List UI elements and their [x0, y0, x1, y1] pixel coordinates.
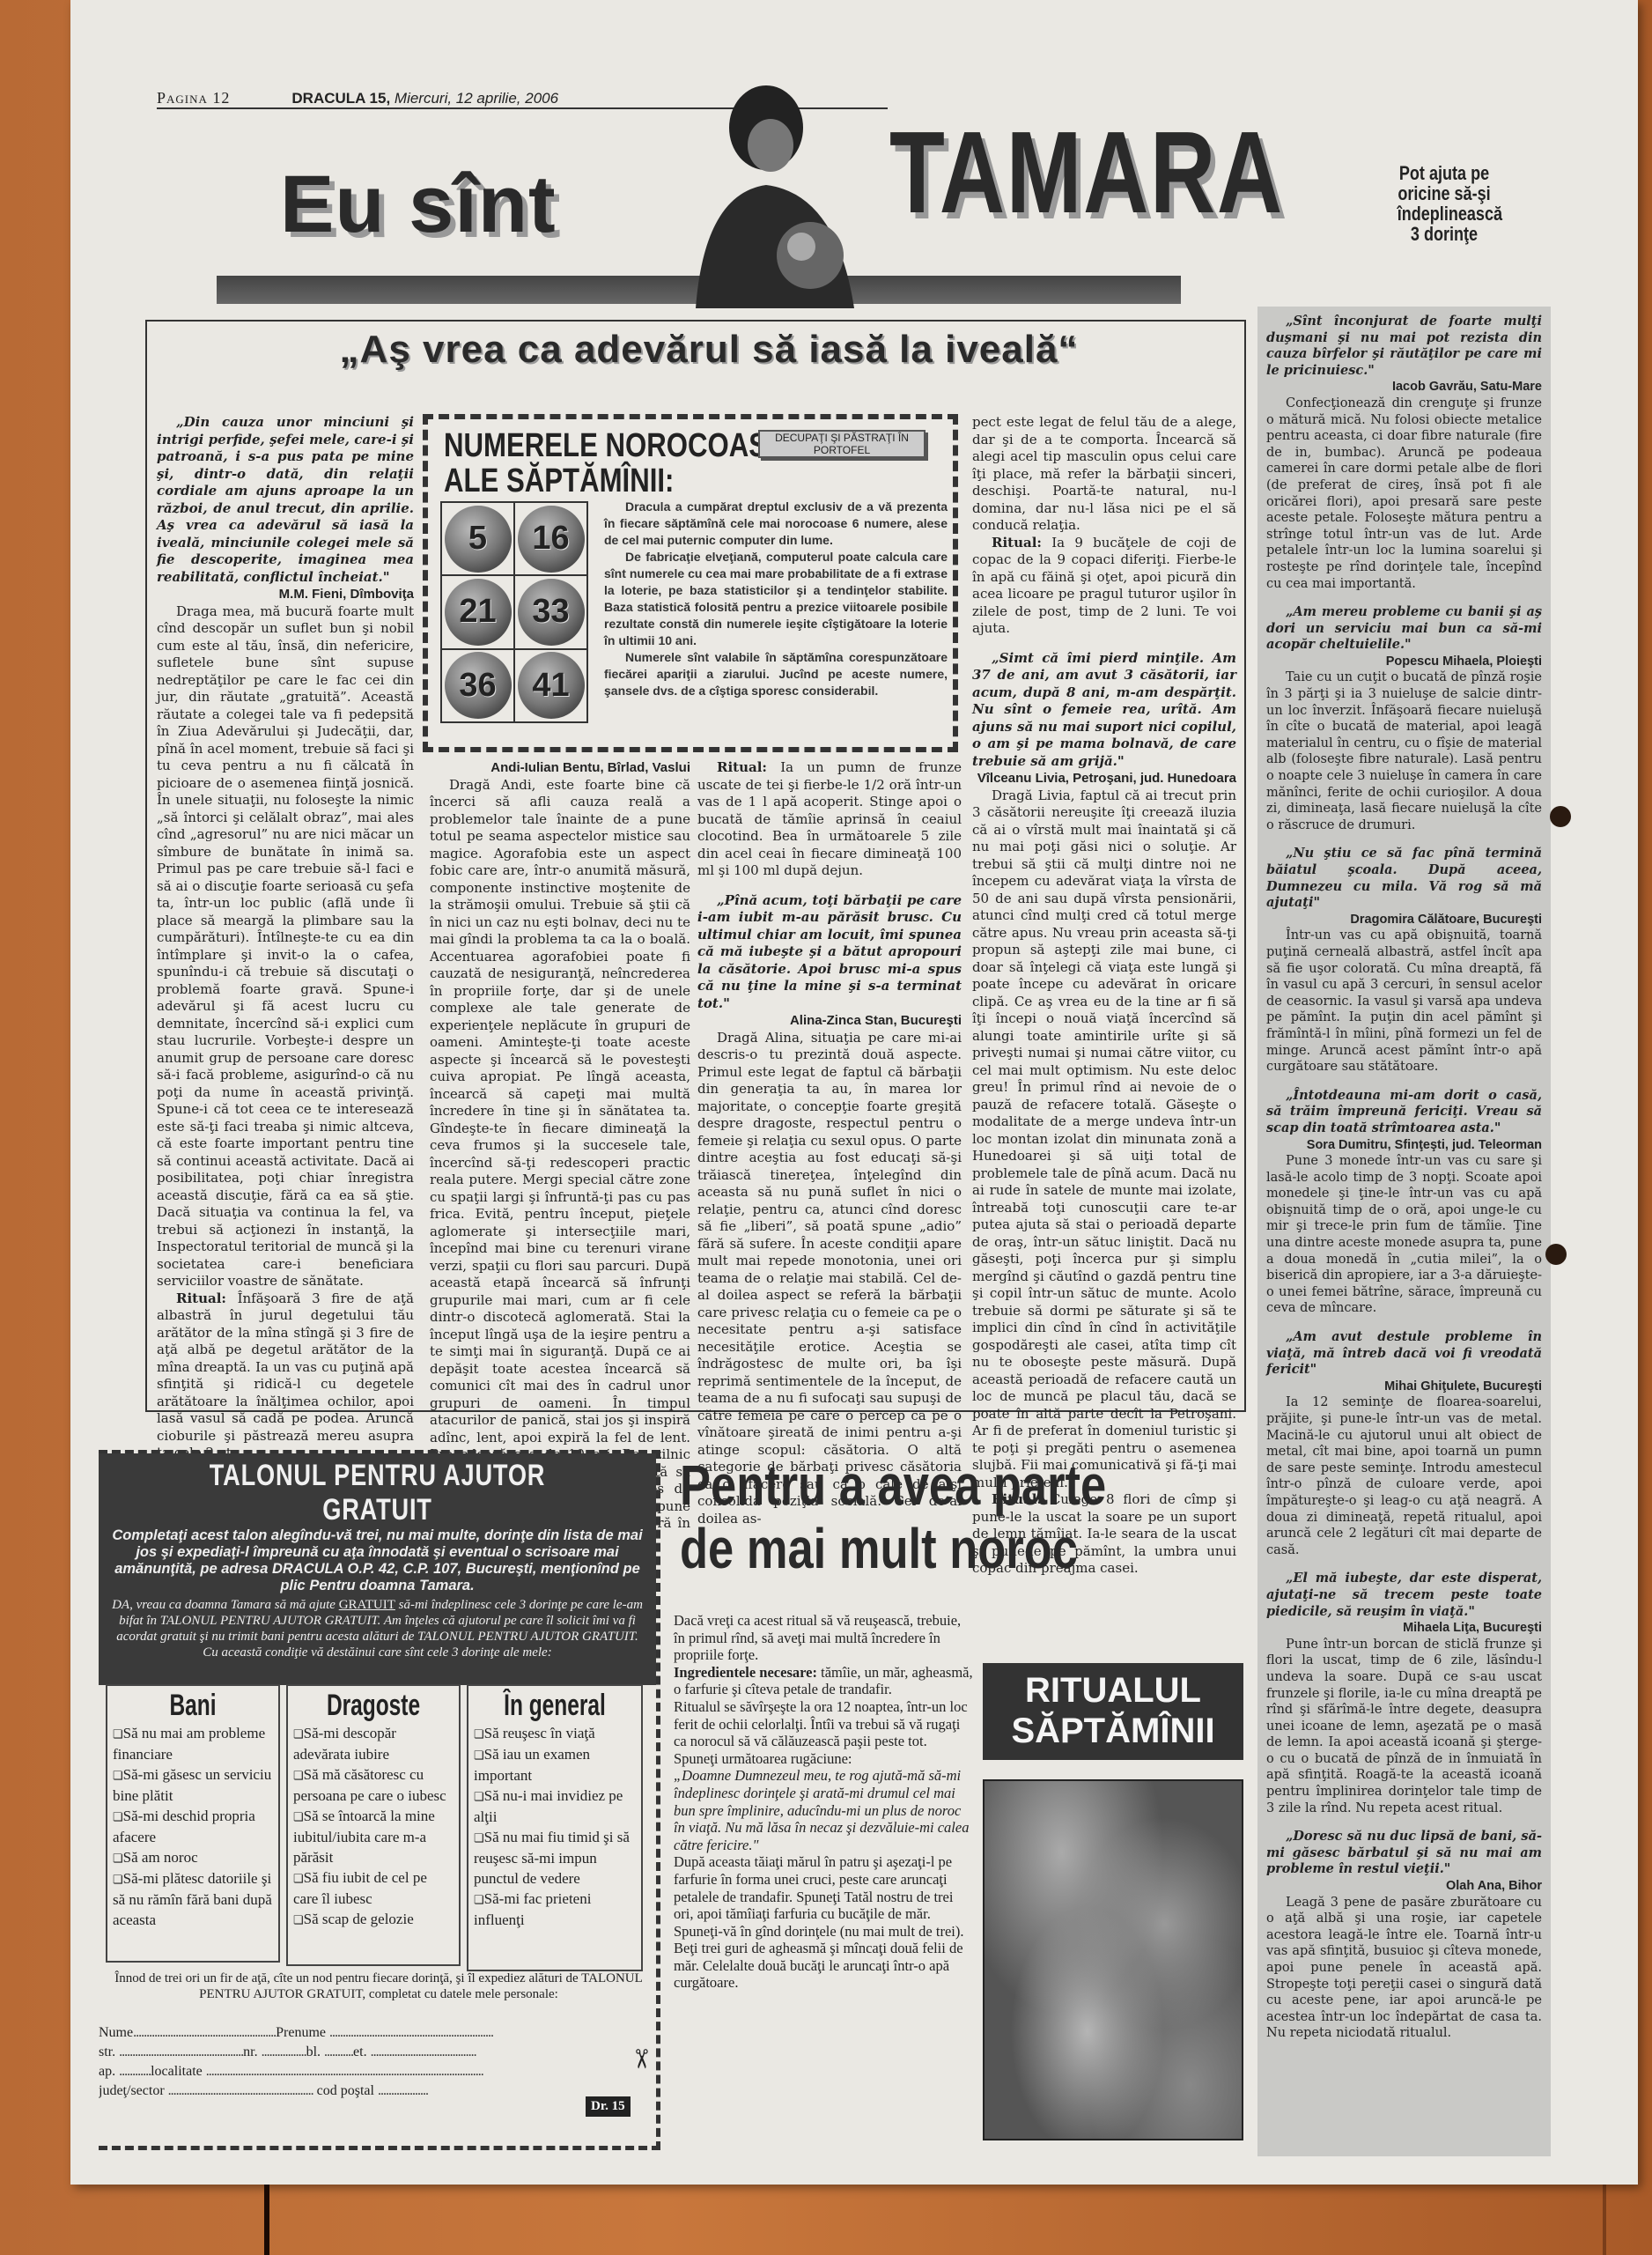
reader-signature: Alina-Zinca Stan, Bucureşti	[697, 1012, 962, 1030]
reader-signature: Iacob Gavrău, Satu-Mare	[1266, 379, 1542, 396]
locality-field[interactable]: ........................................…	[206, 2064, 483, 2079]
cut-and-keep-tag: DECUPAŢI ŞI PĂSTRAŢI ÎN PORTOFEL	[758, 430, 926, 458]
lottery-ball: 5	[445, 506, 512, 573]
wish-checkbox[interactable]: Să nu-i mai invidiez pe alţii	[474, 1786, 636, 1827]
rose-petals-photo	[983, 1779, 1243, 2140]
reader-signature: Sora Dumitru, Sfinţeşti, jud. Teleorman	[1266, 1137, 1542, 1154]
street-field[interactable]: ........................................…	[119, 2044, 243, 2059]
masthead-title-left: Eu sînt	[280, 159, 557, 251]
lottery-ball: 36	[445, 652, 512, 719]
wish-category-money: Bani Să nu mai am probleme financiare Să…	[106, 1684, 280, 1963]
reader-quote: „El mă iubeşte, dar este disperat, ajuta…	[1266, 1571, 1542, 1620]
wish-checkbox[interactable]: Să nu mai fiu timid şi să reuşesc să-mi …	[474, 1827, 636, 1889]
ritual-text: Înfăşoară 3 fire de aţă albastră în juru…	[157, 1290, 414, 1461]
ritual-text: Ia 12 seminţe de floarea-soarelui, prăji…	[1266, 1394, 1542, 1558]
reader-signature: Mihai Ghiţulete, Bucureşti	[1266, 1379, 1542, 1395]
ritual-text: Taie cu un cuţit o bucată de pînză roşie…	[1266, 669, 1542, 833]
punch-hole	[1550, 806, 1571, 827]
reader-signature: Vîlceanu Livia, Petroşani, jud. Hunedoar…	[972, 770, 1236, 787]
reader-signature: Olah Ana, Bihor	[1266, 1878, 1542, 1895]
article-column-2: Andi-Iulian Bentu, Bîrlad, Vaslui Dragă …	[430, 759, 690, 1549]
issue-info: DRACULA 15, Miercuri, 12 aprilie, 2006	[291, 90, 558, 107]
scissors-icon: ✂	[625, 2048, 656, 2070]
tamara-portrait-image	[660, 79, 889, 308]
article-column-1: „Din cauza unor minciuni şi intrigi perf…	[157, 414, 414, 1612]
wish-checkbox[interactable]: Să iau un examen important	[474, 1744, 636, 1786]
masthead-tagline: Pot ajuta pe oricine să-şi îndeplinească…	[1398, 163, 1492, 244]
lottery-ball: 16	[518, 506, 585, 573]
punch-hole	[1545, 1244, 1567, 1265]
main-headline: „Aş vrea ca adevărul să iasă la iveală“	[167, 328, 1250, 372]
table-gap	[264, 2185, 269, 2255]
wish-checkbox[interactable]: Să scap de gelozie	[293, 1909, 454, 1930]
lottery-ball: 33	[518, 579, 585, 646]
answer-text: pect este legat de felul tău de a alege,…	[972, 414, 1236, 535]
reader-quote: „Întotdeauna mi-am dorit o casă, să trăi…	[1266, 1088, 1542, 1137]
wish-checkbox[interactable]: Să-mi descopăr adevărata iubire	[293, 1723, 454, 1764]
page-number: Pagina 12	[157, 89, 230, 107]
coupon-knot-text: Înnod de trei ori un fir de aţă, cîte un…	[114, 1970, 643, 2002]
reader-quote: „Sînt înconjurat de foarte mulţi duşmani…	[1266, 314, 1542, 379]
reader-quote: „Nu ştiu ce să fac pînă termină băiatul …	[1266, 846, 1542, 911]
coupon-personal-data-form: Nume....................................…	[99, 2023, 636, 2101]
ritual-text: Pune 3 monede într-un vas cu sare şi las…	[1266, 1153, 1542, 1317]
wish-checkbox[interactable]: Să mă căsătoresc cu persoana pe care o i…	[293, 1764, 454, 1806]
masthead-title-right: TAMARA	[889, 106, 1284, 239]
floor-field[interactable]: ........................................	[371, 2044, 476, 2059]
coupon-consent: DA, vreau ca doamna Tamara să mă ajute G…	[99, 1597, 656, 1660]
wish-category-general: În general Să reuşesc în viaţă Să iau un…	[467, 1684, 643, 1971]
reader-quote: „Am mereu probleme cu banii şi aş dori u…	[1266, 604, 1542, 654]
reader-quote: „Doresc să nu duc lipsă de bani, să-mi g…	[1266, 1829, 1542, 1878]
reader-signature: Andi-Iulian Bentu, Bîrlad, Vaslui	[430, 759, 690, 777]
article-column-3: Ritual: Ia un pumn de frunze uscate de t…	[697, 759, 962, 1527]
reader-quote: „Pînă acum, toţi bărbaţii pe care i-am i…	[697, 892, 962, 1013]
publication-name: DRACULA 15	[291, 90, 386, 107]
wish-checkbox[interactable]: Să-mi fac prieteni influenţi	[474, 1889, 636, 1930]
first-name-field[interactable]: ........................................…	[329, 2025, 493, 2040]
name-field[interactable]: ........................................…	[133, 2025, 276, 2040]
ritual-of-week-box: RITUALUL SĂPTĂMÎNII	[983, 1663, 1243, 1760]
reader-quote: „Am avut destule probleme în viaţă, mă î…	[1266, 1329, 1542, 1379]
wish-checkbox[interactable]: Să fiu iubit de cel pe care îl iubesc	[293, 1867, 454, 1909]
reader-quote: „Simt că îmi pierd minţile. Am 37 de ani…	[972, 650, 1236, 771]
lottery-ball: 41	[518, 652, 585, 719]
block-field[interactable]: ...........	[324, 2044, 353, 2059]
answer-text: Draga mea, mă bucură foarte mult cînd de…	[157, 603, 414, 1290]
wish-category-love: Dragoste Să-mi descopăr adevărata iubire…	[286, 1684, 461, 1966]
ritual-text: Pune într-un borcan de sticlă frunze şi …	[1266, 1637, 1542, 1817]
wish-checkbox[interactable]: Să-mi plătesc datoriile şi să nu rămîn f…	[113, 1868, 273, 1930]
lucky-numbers-box: NUMERELE NOROCOASE ALE SĂPTĂMÎNII: DECUP…	[423, 414, 958, 752]
lottery-balls-grid: 5 16 21 33 36 41	[440, 501, 588, 723]
article-column-4: pect este legat de felul tău de a alege,…	[972, 414, 1236, 1578]
coupon-instructions: Completaţi acest talon alegîndu-vă trei,…	[99, 1527, 656, 1594]
apartment-field[interactable]: ............	[119, 2064, 151, 2079]
lucky-numbers-text: Dracula a cumpărat dreptul exclusiv de a…	[604, 499, 948, 699]
coupon-header: TALONUL PENTRU AJUTOR GRATUIT Completaţi…	[99, 1453, 656, 1685]
issue-tag: Dr. 15	[586, 2096, 631, 2117]
reader-signature: M.M. Fieni, Dîmboviţa	[157, 586, 414, 603]
reader-signature: Mihaela Liţa, Bucureşti	[1266, 1620, 1542, 1637]
ritual-text: Ia un pumn de frunze uscate de tei şi fi…	[697, 759, 962, 878]
county-field[interactable]: ........................................…	[168, 2083, 313, 2098]
lucky-numbers-title: NUMERELE NOROCOASE ALE SĂPTĂMÎNII:	[444, 428, 785, 499]
answer-text: Dragă Andi, este foarte bine că încerci …	[430, 777, 690, 1550]
ritual-label: Ritual:	[176, 1290, 226, 1306]
issue-date: Miercuri, 12 aprilie, 2006	[395, 90, 558, 107]
reader-quote: „Din cauza unor minciuni şi intrigi perf…	[157, 414, 414, 586]
coupon-title: TALONUL PENTRU AJUTOR GRATUIT	[154, 1459, 600, 1527]
category-title: În general	[497, 1688, 613, 1723]
rituals-sidebar: „Sînt înconjurat de foarte mulţi duşmani…	[1257, 307, 1551, 2156]
prayer-text: „Doamne Dumnezeul meu, te rog ajută-mă s…	[674, 1767, 973, 1853]
wish-checkbox[interactable]: Să-mi deschid propria afacere	[113, 1806, 273, 1847]
reader-signature: Dragomira Călătoare, Bucureşti	[1266, 912, 1542, 928]
wish-checkbox[interactable]: Să se întoarcă la mine iubitul/iubita ca…	[293, 1806, 454, 1867]
number-field[interactable]: .................	[262, 2044, 306, 2059]
category-title: Bani	[135, 1688, 250, 1723]
ritual-text: Confecţionează din crenguţe şi frunze o …	[1266, 396, 1542, 592]
category-title: Dragoste	[315, 1688, 431, 1723]
answer-text: Dragă Livia, faptul că ai trecut prin 3 …	[972, 787, 1236, 1492]
ritual-label: Ritual:	[992, 535, 1042, 551]
wish-checkbox[interactable]: Să nu mai am probleme financiare	[113, 1723, 273, 1764]
wish-checkbox[interactable]: Să-mi găsesc un serviciu bine plătit	[113, 1764, 273, 1806]
luck-article-title: Pentru a avea parte de mai mult noroc	[680, 1453, 1142, 1580]
lottery-ball: 21	[445, 579, 512, 646]
ingredients-label: Ingredientele necesare:	[674, 1664, 817, 1681]
reader-signature: Popescu Mihaela, Ploieşti	[1266, 654, 1542, 670]
postal-code-field[interactable]: ...................	[378, 2083, 428, 2098]
luck-article-body: Dacă vreţi ca acest ritual să vă reuşeas…	[674, 1612, 973, 1992]
wish-checkbox[interactable]: Să reuşesc în viaţă	[474, 1723, 636, 1744]
wish-checkbox[interactable]: Să am noroc	[113, 1847, 273, 1868]
ritual-text: Leagă 3 pene de pasăre zburătoare cu o a…	[1266, 1895, 1542, 2042]
ritual-label: Ritual:	[717, 759, 767, 775]
ritual-text: Într-un vas cu apă obişnuită, toarnă puţ…	[1266, 928, 1542, 1075]
